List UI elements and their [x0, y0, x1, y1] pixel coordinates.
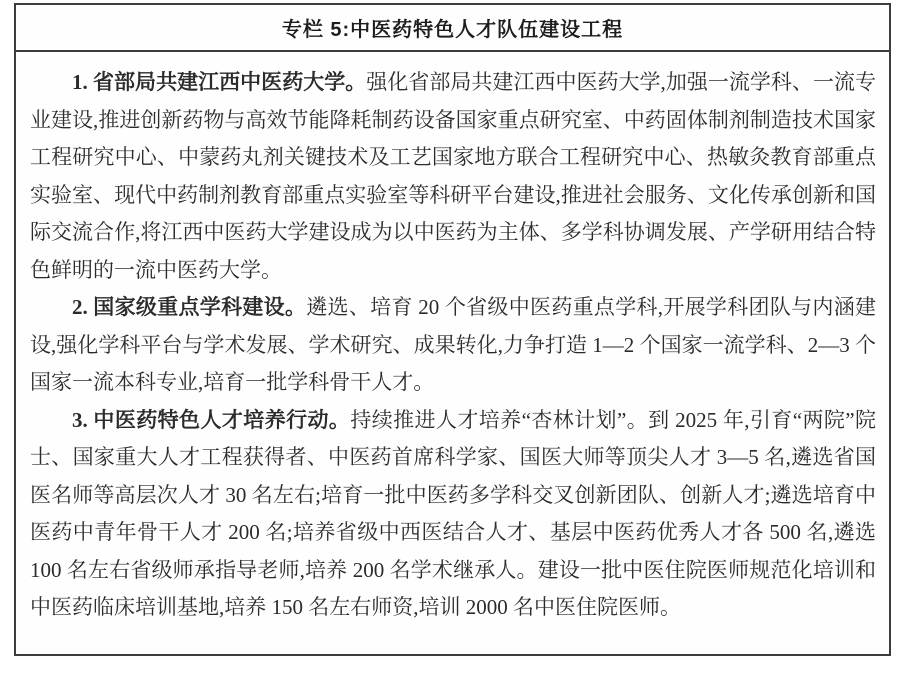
panel-title: 专栏 5:中医药特色人才队伍建设工程	[16, 5, 889, 52]
document-page: 专栏 5:中医药特色人才队伍建设工程 1. 省部局共建江西中医药大学。强化省部局…	[0, 0, 911, 678]
column-panel: 专栏 5:中医药特色人才队伍建设工程 1. 省部局共建江西中医药大学。强化省部局…	[14, 3, 891, 656]
paragraph-3-lead: 3. 中医药特色人才培养行动。	[72, 408, 350, 432]
paragraph-1: 1. 省部局共建江西中医药大学。强化省部局共建江西中医药大学,加强一流学科、一流…	[30, 64, 876, 289]
paragraph-2-lead: 2. 国家级重点学科建设。	[72, 295, 306, 319]
paragraph-3: 3. 中医药特色人才培养行动。持续推进人才培养“杏林计划”。到 2025 年,引…	[30, 402, 876, 627]
panel-body: 1. 省部局共建江西中医药大学。强化省部局共建江西中医药大学,加强一流学科、一流…	[16, 52, 889, 627]
paragraph-1-lead: 1. 省部局共建江西中医药大学。	[72, 70, 366, 94]
paragraph-2: 2. 国家级重点学科建设。遴选、培育 20 个省级中医药重点学科,开展学科团队与…	[30, 289, 876, 402]
paragraph-3-text: 持续推进人才培养“杏林计划”。到 2025 年,引育“两院”院士、国家重大人才工…	[30, 408, 876, 620]
paragraph-1-text: 强化省部局共建江西中医药大学,加强一流学科、一流专业建设,推进创新药物与高效节能…	[30, 70, 876, 282]
